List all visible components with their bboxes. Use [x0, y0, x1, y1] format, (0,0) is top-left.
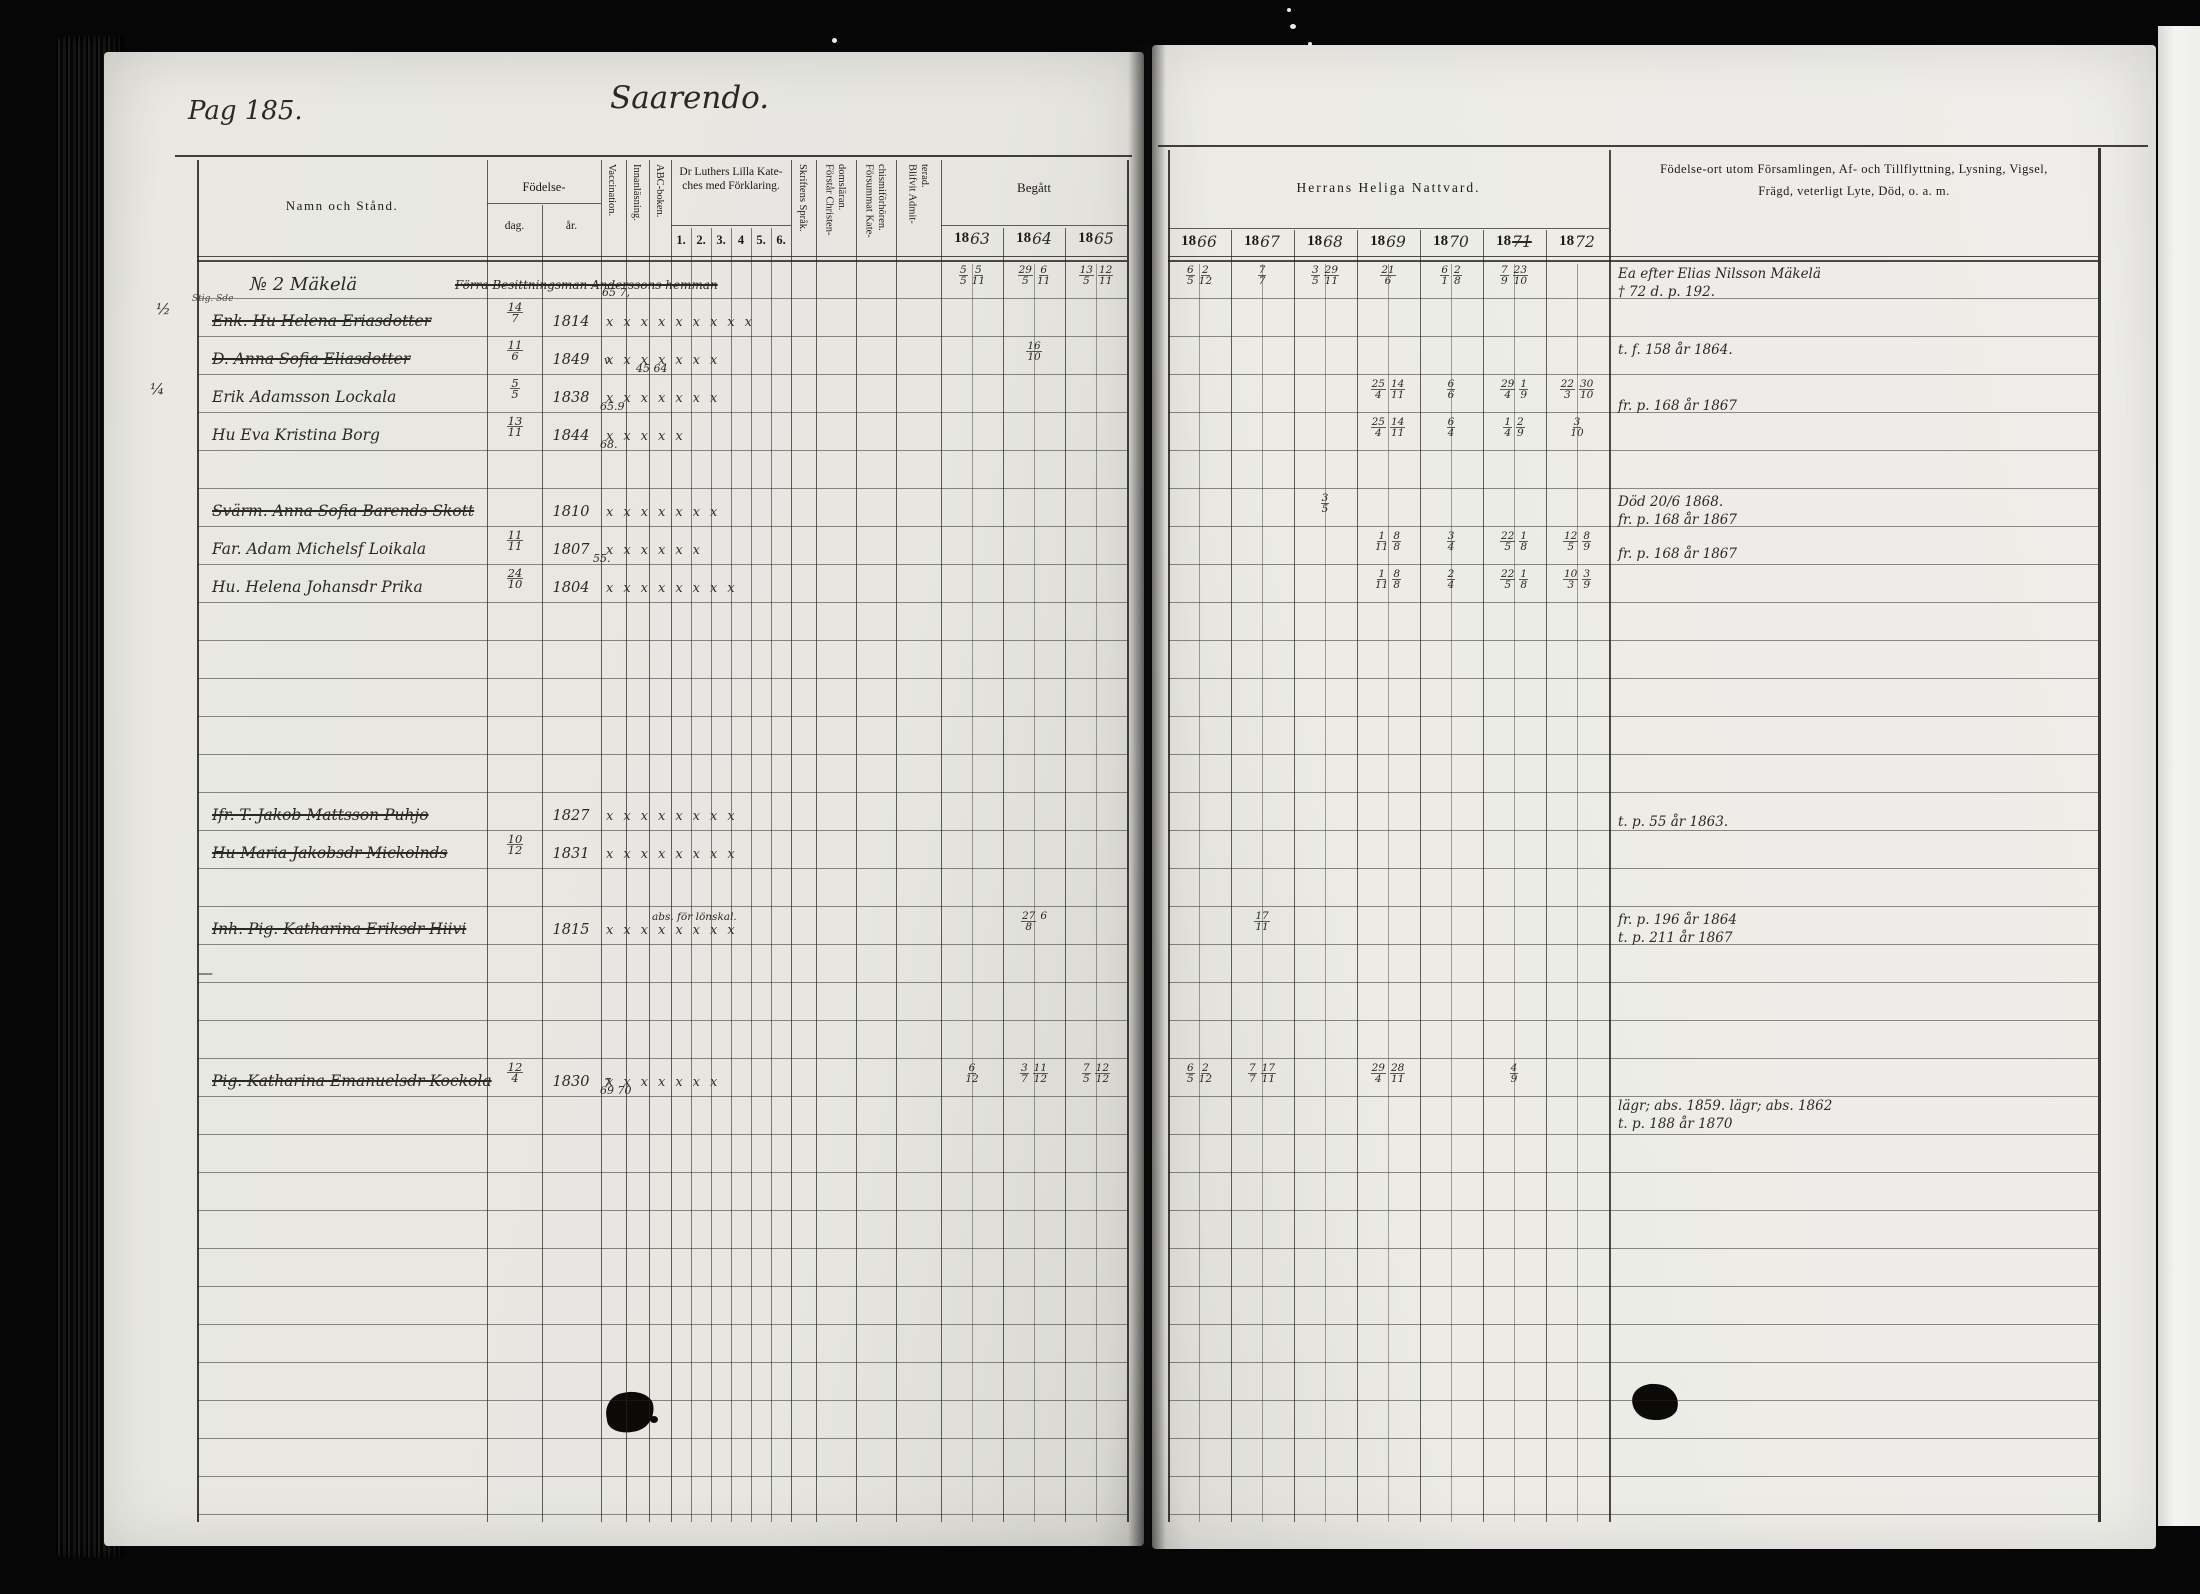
extra-note: 65.9 [600, 400, 625, 413]
birth-day: 55 [498, 378, 532, 399]
rule-line [1168, 564, 2098, 565]
reading-marks: xxxxxx [606, 543, 710, 558]
rule-line [1168, 906, 2098, 907]
margin-note: ¼ [150, 380, 165, 398]
column-header-notes-line1: Födelse-ort utom Församlingen, Af- och T… [1614, 162, 2094, 177]
column-header-kateches-line1: Dr Luthers Lilla Kate- [671, 166, 791, 179]
date-fraction: 103 [1563, 569, 1578, 590]
rule-line [197, 1514, 1127, 1515]
year-label-part: 18 [1181, 233, 1196, 251]
year-label: 1872 [1549, 233, 1605, 251]
date-fraction: 35 [1321, 493, 1330, 514]
kateches-note: abs. för lönskal. [652, 911, 737, 923]
row-name-secondary: Förra Besittningsman Anderssons hemman [455, 278, 718, 292]
rule-line [1034, 264, 1035, 1522]
date-fraction: 111 [1375, 531, 1388, 552]
year-label-part: 18 [1078, 230, 1093, 248]
birth-year: 1838 [544, 390, 598, 406]
rule-line [1231, 230, 1232, 1522]
row-name: Pig. Katharina Emanuelsdr Kockola [212, 1072, 492, 1090]
communion-dates: 6128 [1418, 265, 1484, 286]
rule-line [1168, 260, 2098, 262]
rule-line [197, 944, 1127, 945]
rule-line [197, 412, 1127, 413]
extra-note: 68. [600, 438, 618, 451]
date-fraction: 111 [1375, 569, 1388, 590]
column-header-fodelse: Födelse- [487, 180, 601, 195]
column-header-innanlasning: Innanläsning. [631, 164, 642, 256]
year-label-part: 69 [1386, 233, 1406, 251]
rule-line [1096, 264, 1097, 1522]
birth-day: 124 [498, 1062, 532, 1083]
communion-dates: 10339 [1544, 569, 1610, 590]
extra-note: 45 64 [636, 362, 668, 375]
date-fraction: 124 [507, 1062, 524, 1083]
birth-year: 1815 [544, 922, 598, 938]
date-fraction: 28 [1453, 265, 1462, 286]
year-label-part: 72 [1575, 233, 1595, 251]
rule-line [1003, 228, 1004, 1522]
rule-line [731, 228, 732, 1522]
year-label: 1863 [944, 230, 1000, 248]
communion-dates: 35 [1292, 493, 1358, 514]
date-fraction: 6 [1040, 911, 1047, 932]
date-fraction: 24 [1447, 569, 1456, 590]
note-text: Ea efter Elias Nilsson Mäkelä [1618, 266, 1821, 282]
year-label-part: 67 [1260, 233, 1280, 251]
rule-line [197, 336, 1127, 337]
year-label-part: 65 [1094, 230, 1114, 248]
birth-day: 1012 [498, 834, 532, 855]
communion-dates: 1351211 [1063, 265, 1129, 286]
row-name: Far. Adam Michelsf Loikala [212, 540, 426, 558]
year-label: 1866 [1171, 233, 1227, 251]
rule-line [197, 1058, 1127, 1059]
birth-day: 147 [498, 302, 532, 323]
communion-dates: 792310 [1481, 265, 1547, 286]
note-text: t. p. 211 år 1867 [1618, 930, 1732, 946]
rule-line [197, 716, 1127, 717]
date-fraction: 212 [1199, 265, 1212, 286]
year-label-part: 18 [1496, 233, 1511, 251]
rule-line [1609, 150, 1611, 1522]
communion-dates: 1610 [1001, 341, 1067, 362]
year-label: 1867 [1234, 233, 1290, 251]
date-fraction: 223 [1560, 379, 1575, 400]
rule-line [197, 602, 1127, 603]
rule-line [197, 1400, 1127, 1401]
date-fraction: 612 [965, 1063, 978, 1084]
rule-line [1158, 145, 2148, 147]
rule-line [197, 1248, 1127, 1249]
column-header-forsummat-katechismiforhoren: Försummat Kate- chismiförhören. [862, 164, 887, 256]
date-fraction: 66 [1447, 379, 1456, 400]
rule-line [542, 205, 543, 1522]
year-label: 1871 [1486, 233, 1542, 251]
rule-line [197, 1476, 1127, 1477]
date-fraction: 55 [510, 378, 519, 399]
reading-marks: xxxxxxxx [606, 581, 745, 596]
column-header-vaccination: Vaccination. [606, 164, 617, 256]
date-fraction: 2310 [1513, 265, 1528, 286]
date-fraction: 1111 [507, 530, 524, 551]
rule-line [1168, 716, 2098, 717]
kateches-col-label: 1. [671, 233, 691, 248]
date-fraction: 310 [1570, 417, 1583, 438]
communion-dates: 64 [1418, 417, 1484, 438]
column-header-namn: Namn och Stånd. [197, 198, 487, 214]
rule-line [1262, 264, 1263, 1522]
rule-line [771, 228, 772, 1522]
margin-note: — [198, 964, 213, 982]
rule-line [197, 256, 1127, 257]
row-name: D. Anna Sofia Eliasdotter [212, 350, 410, 368]
rule-line [1168, 374, 2098, 375]
scanned-book-spread: Pag 185. Saarendo. Namn och Stånd. Födel… [0, 0, 2200, 1594]
rule-line [197, 830, 1127, 831]
date-fraction: 37 [1020, 1063, 1029, 1084]
rule-line [197, 1020, 1127, 1021]
date-fraction: 1610 [1026, 341, 1041, 362]
rule-line [175, 155, 1132, 157]
communion-dates: 2541411 [1355, 379, 1421, 400]
communion-dates: 49 [1481, 1063, 1547, 1084]
communion-dates: 29419 [1481, 379, 1547, 400]
rule-line [856, 160, 857, 1522]
rule-line [941, 225, 1127, 226]
year-label: 1868 [1297, 233, 1353, 251]
date-fraction: 89 [1582, 531, 1591, 552]
rule-line [1168, 1248, 2098, 1249]
date-fraction: 1212 [1095, 1063, 1110, 1084]
date-fraction: 64 [1447, 417, 1456, 438]
date-fraction: 294 [1371, 1063, 1386, 1084]
column-header-dag: dag. [487, 220, 542, 232]
communion-dates: 771711 [1229, 1063, 1295, 1084]
rule-line [1388, 264, 1389, 1522]
year-label: 1869 [1360, 233, 1416, 251]
margin-note: ½ [156, 300, 171, 318]
birth-year: 1807 [544, 542, 598, 558]
rule-line [1168, 256, 2098, 257]
communion-dates: 24 [1418, 569, 1484, 590]
note-text: fr. p. 168 år 1867 [1618, 398, 1737, 414]
row-name: Inh. Pig. Katharina Eriksdr Hiivi [212, 920, 466, 938]
rule-line [1168, 982, 2098, 983]
rule-line [197, 1210, 1127, 1211]
date-fraction: 225 [1500, 531, 1515, 552]
rule-line [941, 160, 942, 1522]
dust-speck [1308, 42, 1312, 46]
column-header-begatt: Begått [941, 180, 1127, 196]
rule-line [197, 678, 1127, 679]
date-fraction: 212 [1199, 1063, 1212, 1084]
birth-year: 1849 [544, 352, 598, 368]
date-fraction: 1711 [1261, 1063, 1276, 1084]
date-fraction: 29 [1516, 417, 1525, 438]
year-label-part: 18 [954, 230, 969, 248]
rule-line [1127, 160, 1129, 1522]
date-fraction: 254 [1371, 417, 1386, 438]
reading-marks: xxxxx [606, 429, 693, 444]
rule-line [1294, 230, 1295, 1522]
rule-line [197, 906, 1127, 907]
note-text: t. f. 158 år 1864. [1618, 342, 1733, 358]
communion-dates: 77 [1229, 265, 1295, 286]
kateches-col-label: 5. [751, 233, 771, 248]
rule-line [197, 1134, 1127, 1135]
rule-line [1168, 450, 2098, 451]
year-label-part: 18 [1433, 233, 1448, 251]
communion-dates: 65212 [1166, 1063, 1232, 1084]
rule-line [197, 298, 1127, 299]
note-text: fr. p. 168 år 1867 [1618, 512, 1737, 528]
rule-line [1168, 1362, 2098, 1363]
date-fraction: 88 [1392, 569, 1401, 590]
column-header-ar: år. [544, 220, 599, 232]
scanner-edge-strip [2158, 26, 2200, 1526]
date-fraction: 14 [1503, 417, 1512, 438]
row-name: Hu. Helena Johansdr Prika [212, 578, 423, 596]
date-fraction: 2410 [507, 568, 524, 589]
reading-marks: xxxxxxx [606, 505, 727, 520]
rule-line [197, 1172, 1127, 1173]
date-fraction: 147 [507, 302, 524, 323]
date-fraction: 35 [1311, 265, 1320, 286]
date-fraction: 511 [972, 265, 985, 286]
communion-dates: 2786 [1001, 911, 1067, 932]
date-fraction: 278 [1021, 911, 1036, 932]
rule-line [1168, 1058, 2098, 1059]
date-fraction: 1211 [1098, 265, 1113, 286]
rule-line [1168, 678, 2098, 679]
rule-line [691, 228, 692, 1522]
year-label-part: 64 [1032, 230, 1052, 248]
birth-day: 1311 [498, 416, 532, 437]
reading-marks: xxxxxxxx [606, 809, 745, 824]
page-number: Pag 185. [188, 96, 303, 126]
column-header-kateches-line2: ches med Förklaring. [671, 180, 791, 193]
row-name: Ifr. T. Jakob Mattsson Puhjo [212, 806, 429, 824]
note-text: fr. p. 196 år 1864 [1618, 912, 1737, 928]
rule-line [1199, 264, 1200, 1522]
rule-line [1168, 1134, 2098, 1135]
rule-line [197, 564, 1127, 565]
year-label-part: 70 [1449, 233, 1469, 251]
date-fraction: 295 [1018, 265, 1033, 286]
communion-dates: 2233010 [1544, 379, 1610, 400]
rule-line [1168, 336, 2098, 337]
rule-line [487, 203, 601, 204]
year-label-part: 18 [1016, 230, 1031, 248]
rule-line [197, 792, 1127, 793]
date-fraction: 55 [959, 265, 968, 286]
birth-day: 2410 [498, 568, 532, 589]
communion-dates: 34 [1418, 531, 1484, 552]
year-label-part: 68 [1323, 233, 1343, 251]
row-name: Hu Maria Jakobsdr Mickolnds [212, 844, 447, 862]
column-header-nattvard: Herrans Heliga Nattvard. [1168, 180, 1609, 196]
rule-line [197, 450, 1127, 451]
dust-speck [1287, 8, 1291, 12]
row-name: Hu Eva Kristina Borg [212, 426, 380, 444]
date-fraction: 216 [1380, 265, 1395, 286]
communion-dates: 216 [1355, 265, 1421, 286]
rule-line [197, 982, 1127, 983]
date-fraction: 2911 [1324, 265, 1339, 286]
rule-line [816, 160, 817, 1522]
rule-line [751, 228, 752, 1522]
column-header-blifvit-admitterad: Blifvit Admit- terad. [905, 164, 930, 256]
rule-line [1168, 1210, 2098, 1211]
rule-line [1168, 1476, 2098, 1477]
communion-dates: 12589 [1544, 531, 1610, 552]
year-label: 1865 [1068, 230, 1124, 248]
communion-dates: 66 [1418, 379, 1484, 400]
column-header-notes-line2: Frägd, veterligt Lyte, Död, o. a. m. [1614, 184, 2094, 199]
date-fraction: 61 [1440, 265, 1449, 286]
date-fraction: 75 [1082, 1063, 1091, 1084]
note-text: Död 20/6 1868. [1618, 494, 1723, 510]
date-fraction: 88 [1392, 531, 1401, 552]
rule-line [1168, 640, 2098, 641]
rule-line [197, 1438, 1127, 1439]
row-name: Enk. Hu Helena Eriasdotter [212, 312, 431, 330]
note-text: lägr; abs. 1859. lägr; abs. 1862 [1618, 1098, 1832, 1114]
year-label: 1870 [1423, 233, 1479, 251]
reading-marks: xxxxxxxx [606, 923, 745, 938]
rule-line [1168, 1172, 2098, 1173]
column-header-skriftens-sprak: Skriftens Språk. [796, 164, 808, 256]
rule-line [197, 1324, 1127, 1325]
communion-dates: 751212 [1063, 1063, 1129, 1084]
rule-line [1168, 830, 2098, 831]
rule-line [1168, 150, 1170, 1522]
communion-dates: 310 [1544, 417, 1610, 438]
rule-line [1168, 1514, 2098, 1515]
rule-line [197, 1096, 1127, 1097]
ink-blot [650, 1416, 658, 1423]
year-label-part: 71 [1512, 233, 1532, 251]
year-label: 1864 [1006, 230, 1062, 248]
rule-line [1168, 792, 2098, 793]
date-fraction: 1311 [507, 416, 524, 437]
rule-line [197, 260, 1127, 262]
rule-line [197, 1286, 1127, 1287]
rule-line [1168, 868, 2098, 869]
book-title: Saarendo. [610, 80, 769, 116]
note-text: fr. p. 168 år 1867 [1618, 546, 1737, 562]
birth-year: 1804 [544, 580, 598, 596]
rule-line [197, 640, 1127, 641]
reading-marks: xxxxxxxxx [606, 315, 762, 330]
date-fraction: 1711 [1254, 911, 1269, 932]
column-header-abc-boken: ABC-boken. [654, 164, 665, 256]
rule-line [197, 868, 1127, 869]
kateches-col-label: 6. [771, 233, 791, 248]
date-fraction: 77 [1258, 265, 1267, 286]
communion-dates: 2541411 [1355, 417, 1421, 438]
date-fraction: 116 [507, 340, 524, 361]
note-text: t. p. 55 år 1863. [1618, 814, 1728, 830]
date-fraction: 294 [1500, 379, 1515, 400]
rule-line [1168, 754, 2098, 755]
communion-dates: 55511 [939, 265, 1005, 286]
birth-year: 1831 [544, 846, 598, 862]
rule-line [711, 228, 712, 1522]
date-fraction: 135 [1079, 265, 1094, 286]
note-text: † 72 d. p. 192. [1618, 284, 1715, 300]
rule-line [1325, 264, 1326, 1522]
date-fraction: 2811 [1390, 1063, 1405, 1084]
rule-line [1168, 602, 2098, 603]
communion-dates: 65212 [1166, 265, 1232, 286]
gutter-shadow [1128, 45, 1166, 1549]
rule-line [197, 160, 199, 1522]
extra-note: 65 7, [602, 286, 630, 299]
date-fraction: 18 [1519, 531, 1528, 552]
rule-line [2098, 148, 2101, 1522]
year-label-part: 18 [1559, 233, 1574, 251]
birth-year: 1814 [544, 314, 598, 330]
row-name: № 2 Mäkelä [250, 274, 357, 295]
rule-line [1577, 264, 1578, 1522]
year-label-part: 63 [970, 230, 990, 248]
margin-note: Stig. Sde [192, 294, 233, 304]
rule-line [197, 754, 1127, 755]
date-fraction: 18 [1519, 569, 1528, 590]
rule-line [1168, 228, 1609, 229]
kateches-col-label: 3. [711, 233, 731, 248]
rule-line [791, 160, 792, 1522]
date-fraction: 225 [1500, 569, 1515, 590]
date-fraction: 1112 [1033, 1063, 1048, 1084]
communion-dates: 22518 [1481, 531, 1547, 552]
rule-line [197, 488, 1127, 489]
rule-line [197, 1362, 1127, 1363]
dust-speck [832, 38, 837, 43]
communion-dates: 295611 [1001, 265, 1067, 286]
year-label-part: 18 [1307, 233, 1322, 251]
date-fraction: 49 [1510, 1063, 1519, 1084]
rule-line [972, 264, 973, 1522]
birth-day: 116 [498, 340, 532, 361]
communion-dates: 11188 [1355, 531, 1421, 552]
rule-line [487, 160, 488, 1522]
date-fraction: 65 [1186, 1063, 1195, 1084]
rule-line [601, 160, 602, 1522]
date-fraction: 34 [1447, 531, 1456, 552]
rule-line [1168, 1400, 2098, 1401]
date-fraction: 39 [1582, 569, 1591, 590]
date-fraction: 254 [1371, 379, 1386, 400]
date-fraction: 19 [1519, 379, 1528, 400]
communion-dates: 352911 [1292, 265, 1358, 286]
communion-dates: 1711 [1229, 911, 1295, 932]
rule-line [1168, 1020, 2098, 1021]
rule-line [1168, 1324, 2098, 1325]
date-fraction: 65 [1186, 265, 1195, 286]
date-fraction: 3010 [1579, 379, 1594, 400]
kateches-col-label: 4 [731, 233, 751, 248]
row-name: Erik Adamsson Lockala [212, 388, 396, 406]
communion-dates: 1429 [1481, 417, 1547, 438]
birth-year: 1827 [544, 808, 598, 824]
rule-line [1168, 1286, 2098, 1287]
birth-day: 1111 [498, 530, 532, 551]
rule-line [1168, 488, 2098, 489]
communion-dates: 22518 [1481, 569, 1547, 590]
